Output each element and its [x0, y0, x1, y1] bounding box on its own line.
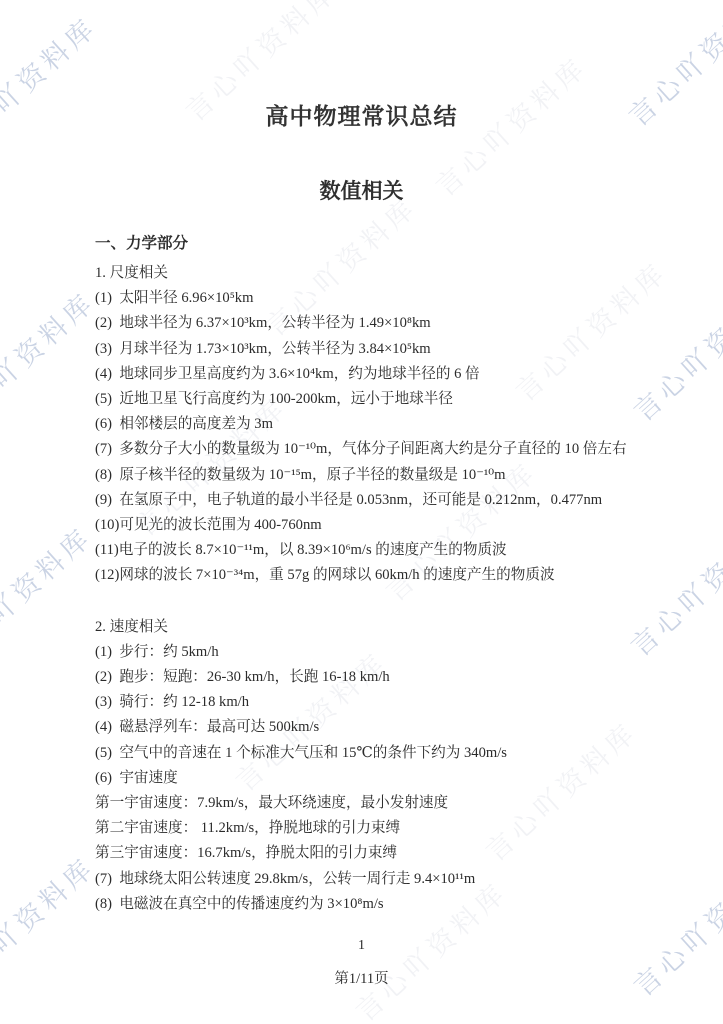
list-line: (1) 太阳半径 6.96×10⁵km	[95, 286, 697, 311]
list-line: (4) 磁悬浮列车：最高可达 500km/s	[95, 715, 697, 740]
list-line: (6) 宇宙速度	[95, 766, 697, 791]
document-body: 一、力学部分1. 尺度相关(1) 太阳半径 6.96×10⁵km(2) 地球半径…	[95, 231, 697, 917]
list-line: (12)网球的波长 7×10⁻³⁴m，重 57g 的网球以 60km/h 的速度…	[95, 563, 697, 588]
page-indicator: 第1/11页	[0, 967, 723, 988]
document-page: 言心吖资料库言心吖资料库言心吖资料库言心吖资料库言心吖资料库言心吖资料库言心吖资…	[0, 0, 723, 1024]
list-line: (8) 原子核半径的数量级为 10⁻¹⁵m，原子半径的数量级是 10⁻¹⁰m	[95, 463, 697, 488]
watermark: 言心吖资料库	[0, 6, 104, 163]
list-line: (2) 跑步：短跑：26-30 km/h，长跑 16-18 km/h	[95, 665, 697, 690]
list-line: (3) 月球半径为 1.73×10³km，公转半径为 3.84×10⁵km	[95, 337, 697, 362]
subsection-heading: 1. 尺度相关	[95, 261, 697, 286]
section-heading: 一、力学部分	[95, 231, 697, 256]
list-line: (9) 在氢原子中，电子轨道的最小半径是 0.053nm，还可能是 0.212n…	[95, 488, 697, 513]
list-line: (6) 相邻楼层的高度差为 3m	[95, 412, 697, 437]
list-line: (2) 地球半径为 6.37×10³km，公转半径为 1.49×10⁸km	[95, 311, 697, 336]
list-line: (4) 地球同步卫星高度约为 3.6×10⁴km，约为地球半径的 6 倍	[95, 362, 697, 387]
list-line: (11)电子的波长 8.7×10⁻¹¹m，以 8.39×10⁶m/s 的速度产生…	[95, 538, 697, 563]
list-line: (3) 骑行：约 12-18 km/h	[95, 690, 697, 715]
document-subtitle: 数值相关	[0, 175, 723, 205]
list-line: 第三宇宙速度：16.7km/s，挣脱太阳的引力束缚	[95, 841, 697, 866]
document-title: 高中物理常识总结	[0, 98, 723, 131]
list-line: (1) 步行：约 5km/h	[95, 640, 697, 665]
list-line: 第二宇宙速度： 11.2km/s，挣脱地球的引力束缚	[95, 816, 697, 841]
subsection-heading: 2. 速度相关	[95, 615, 697, 640]
list-line: (10)可见光的波长范围为 400-760nm	[95, 513, 697, 538]
list-line: 第一宇宙速度：7.9km/s，最大环绕速度，最小发射速度	[95, 791, 697, 816]
watermark: 言心吖资料库	[0, 281, 102, 438]
page-number: 1	[0, 938, 723, 954]
list-line: (7) 地球绕太阳公转速度 29.8km/s，公转一周行走 9.4×10¹¹m	[95, 867, 697, 892]
list-line: (7) 多数分子大小的数量级为 10⁻¹⁰m，气体分子间距离大约是分子直径的 1…	[95, 437, 697, 462]
list-line: (5) 近地卫星飞行高度约为 100-200km，远小于地球半径	[95, 387, 697, 412]
list-line: (8) 电磁波在真空中的传播速度约为 3×10⁸m/s	[95, 892, 697, 917]
list-line: (5) 空气中的音速在 1 个标准大气压和 15℃的条件下约为 340m/s	[95, 741, 697, 766]
watermark: 言心吖资料库	[0, 516, 99, 673]
